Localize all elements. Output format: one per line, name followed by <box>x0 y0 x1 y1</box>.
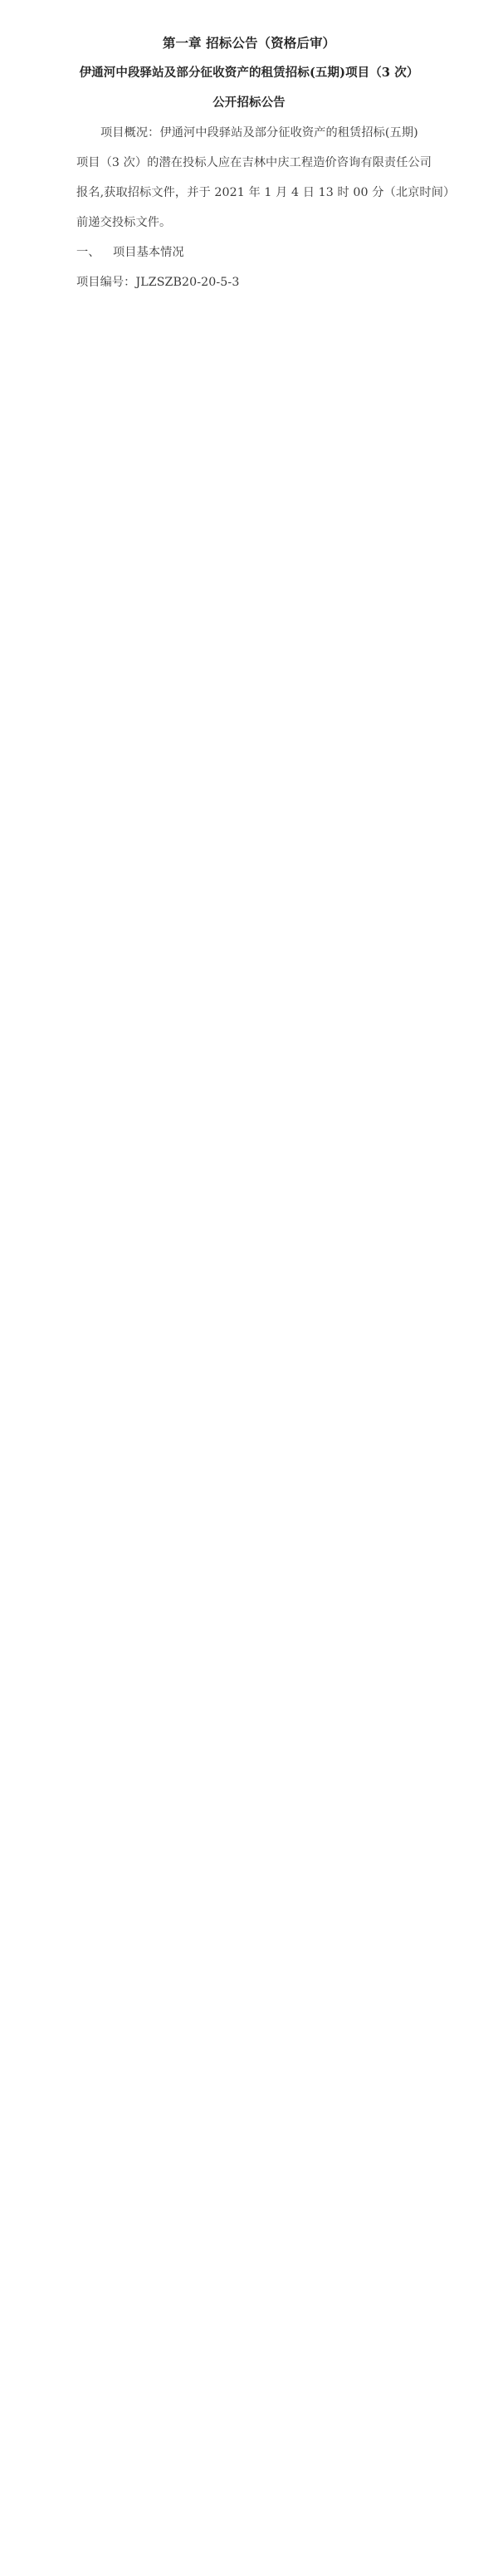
project-number: 项目编号：JLZSZB20-20-5-3 <box>76 274 425 291</box>
overview-line: 项目概况：伊通河中段驿站及部分征收资产的租赁招标(五期) <box>100 125 449 141</box>
project-title: 伊通河中段驿站及部分征收资产的租赁招标(五期)项目（3 次） <box>0 65 498 81</box>
overview-line: 报名,获取招标文件，并于 2021 年 1 月 4 日 13 时 00 分（北京… <box>76 184 425 201</box>
notice-title: 公开招标公告 <box>0 95 498 111</box>
chapter-title: 第一章 招标公告（资格后审） <box>0 35 498 51</box>
overview-line: 项目（3 次）的潜在投标人应在吉林中庆工程造价咨询有限责任公司 <box>76 154 425 171</box>
overview-line: 前递交投标文件。 <box>76 214 425 231</box>
section-heading-1: 一、项目基本情况 <box>76 244 425 261</box>
